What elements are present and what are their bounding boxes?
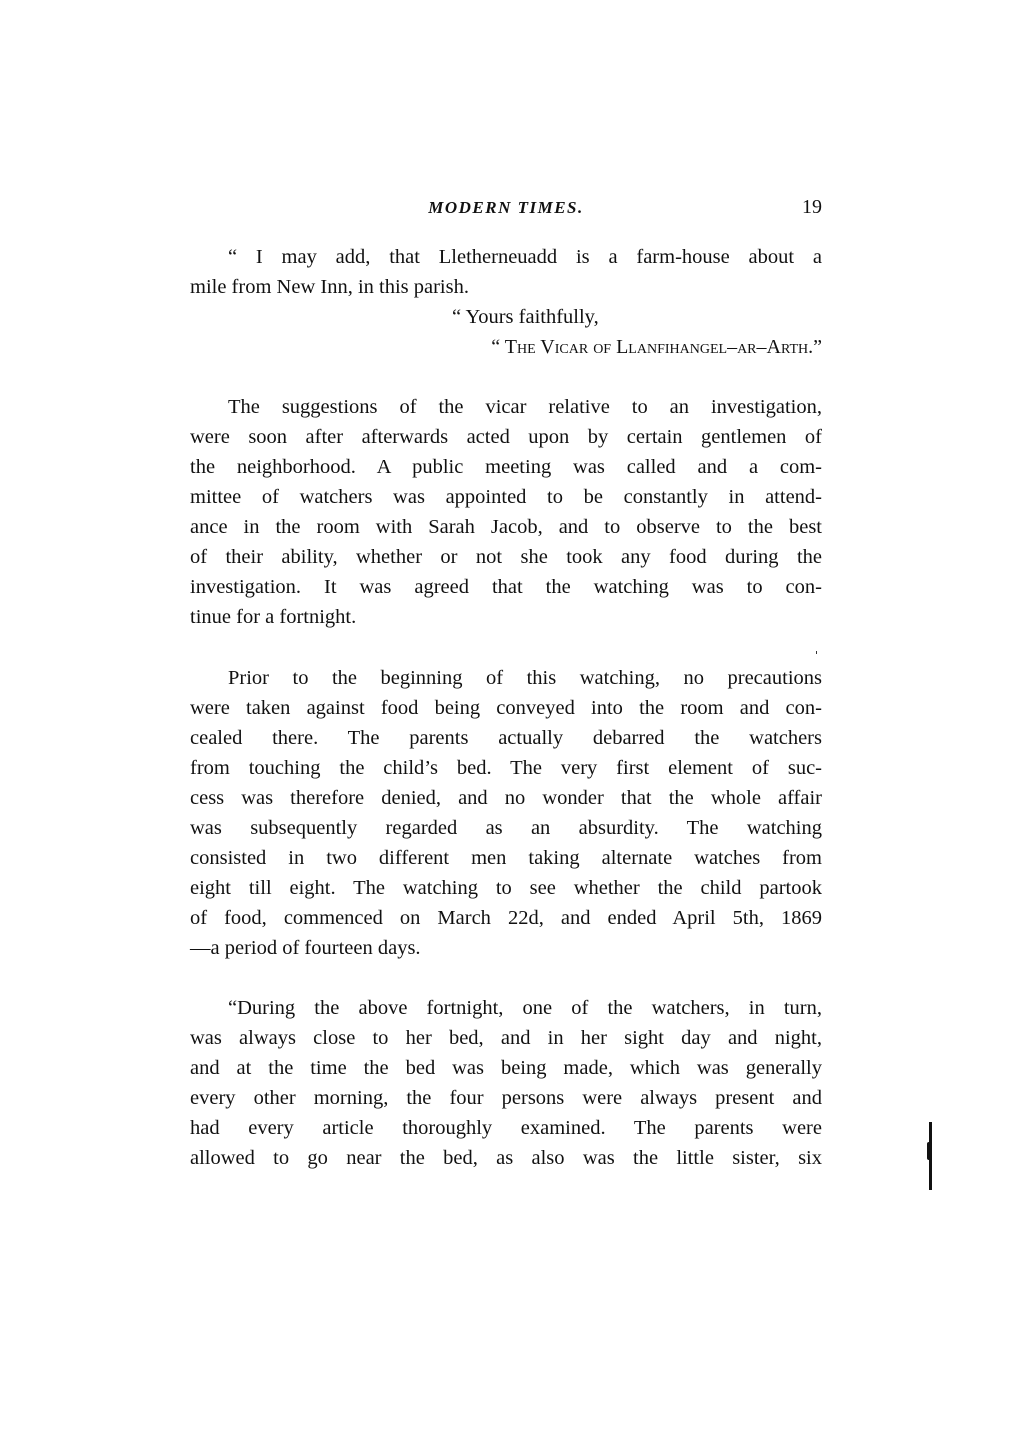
page-number: 19 [802, 196, 822, 219]
text-line: allowed to go near the bed, as also was … [190, 1143, 822, 1173]
text-line: mile from New Inn, in this parish. [190, 272, 822, 302]
paragraph-1: The suggestions of the vicar relative to… [190, 392, 822, 632]
letter-signoff: “ Yours faithfully, “ The Vicar of Llanf… [190, 302, 822, 362]
text-line: investigation. It was agreed that the wa… [190, 572, 822, 602]
text-line: were taken against food being conveyed i… [190, 693, 822, 723]
running-head: MODERN TIMES. 19 [190, 196, 822, 222]
text-line: and at the time the bed was being made, … [190, 1053, 822, 1083]
signature: “ The Vicar of Llanfihangel–ar–Arth.” [190, 332, 822, 362]
text-line: was subsequently regarded as an absurdit… [190, 813, 822, 843]
text-line: had every article thoroughly examined. T… [190, 1113, 822, 1143]
running-title: MODERN TIMES. [190, 198, 822, 218]
text-line: the neighborhood. A public meeting was c… [190, 452, 822, 482]
text-line: was always close to her bed, and in her … [190, 1023, 822, 1053]
text-line: of their ability, whether or not she too… [190, 542, 822, 572]
text-line: from touching the child’s bed. The very … [190, 753, 822, 783]
text-line: The suggestions of the vicar relative to… [190, 392, 822, 422]
text-line: were soon after afterwards acted upon by… [190, 422, 822, 452]
book-page: MODERN TIMES. 19 “ I may add, that Lleth… [190, 0, 822, 1429]
text-line: —a period of fourteen days. [190, 933, 822, 963]
text-line: mittee of watchers was appointed to be c… [190, 482, 822, 512]
scan-artifact-dot [816, 651, 817, 654]
text-line: ance in the room with Sarah Jacob, and t… [190, 512, 822, 542]
text-line: Prior to the beginning of this watching,… [190, 663, 822, 693]
text-line: “ I may add, that Lletherneuadd is a far… [190, 242, 822, 272]
paragraph-2: Prior to the beginning of this watching,… [190, 663, 822, 963]
letter-close-text: “ I may add, that Lletherneuadd is a far… [190, 242, 822, 302]
text-line: of food, commenced on March 22d, and end… [190, 903, 822, 933]
text-line: “During the above fortnight, one of the … [190, 993, 822, 1023]
text-line: cealed there. The parents actually debar… [190, 723, 822, 753]
valediction: “ Yours faithfully, [190, 302, 822, 332]
text-line: eight till eight. The watching to see wh… [190, 873, 822, 903]
paragraph-3: “During the above fortnight, one of the … [190, 993, 822, 1173]
text-line: tinue for a fortnight. [190, 602, 822, 632]
text-line: every other morning, the four persons we… [190, 1083, 822, 1113]
scan-artifact-mark [929, 1122, 932, 1190]
text-line: cess was therefore denied, and no wonder… [190, 783, 822, 813]
text-line: consisted in two different men taking al… [190, 843, 822, 873]
